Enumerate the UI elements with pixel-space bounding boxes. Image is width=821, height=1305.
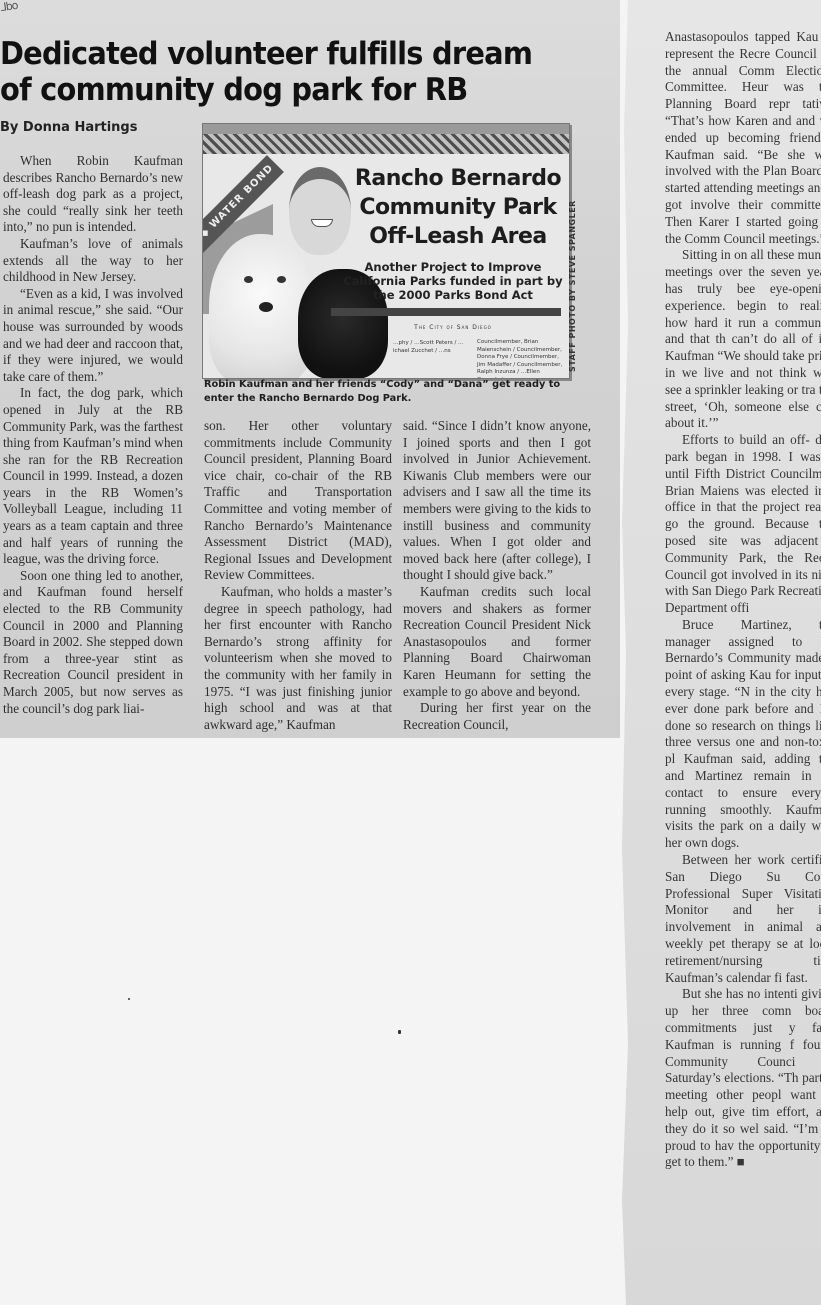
sign-title: Rancho Bernardo Community Park Off-Leash… (353, 164, 563, 251)
paragraph: Anastasopoulos tapped Kau to represent t… (665, 29, 821, 247)
sign-subtitle: Another Project to Improve California Pa… (343, 260, 563, 302)
photo-caption: Robin Kaufman and her friends “Cody” and… (204, 378, 584, 406)
paragraph: Kaufman credits such local movers and sh… (403, 584, 591, 700)
paragraph: Efforts to build an off- dog park began … (665, 432, 821, 617)
sign-councilmembers: Councilmember, Brian Maienschein / Counc… (477, 339, 569, 379)
article-column-1: When Robin Kaufman describes Rancho Bern… (3, 153, 183, 717)
sign-divider (331, 308, 561, 316)
paragraph: Sitting in on all these munity meetings … (665, 247, 821, 432)
paragraph: son. Her other voluntary commitments inc… (204, 418, 392, 584)
paragraph: Kaufman, who holds a master’s degree in … (204, 584, 392, 733)
article-column-3: said. “Since I didn’t know anyone, I joi… (403, 418, 591, 733)
paragraph: said. “Since I didn’t know anyone, I joi… (403, 418, 591, 584)
article-column-4: Anastasopoulos tapped Kau to represent t… (665, 29, 821, 1171)
paragraph: But she has no intenti giving up her thr… (665, 986, 821, 1171)
article-photo: S ◆ WATER BOND Rancho Bernardo Community… (202, 123, 570, 379)
paragraph: Soon one thing led to another, and Kaufm… (3, 568, 183, 717)
continuation-viewport: Anastasopoulos tapped Kau to represent t… (622, 0, 821, 1305)
sign-city: The City of San Diego (378, 324, 528, 331)
paragraph: Kaufman’s love of animals extends all th… (3, 236, 183, 286)
paragraph: When Robin Kaufman describes Rancho Bern… (3, 153, 183, 236)
article-clipping: ᒧbo Dedicated volunteer fulfills dream o… (0, 0, 620, 738)
paragraph: In fact, the dog park, which opened in J… (3, 385, 183, 568)
paper-speck (398, 1030, 401, 1034)
photo-credit: STAFF PHOTO BY STEVE SPANGLER (568, 200, 577, 372)
paper-speck (128, 998, 130, 1000)
handwritten-note: ᒧbo (0, 0, 18, 14)
woman-portrait (289, 167, 351, 255)
paragraph: “Even as a kid, I was involved in animal… (3, 286, 183, 386)
article-headline: Dedicated volunteer fulfills dream of co… (0, 36, 558, 108)
paragraph: During her first year on the Recreation … (403, 700, 591, 733)
byline: By Donna Hartings (0, 120, 137, 135)
article-column-2: son. Her other voluntary commitments inc… (204, 418, 392, 733)
sign-left-names: …phy / …Scott Peters / …ichael Zucchet /… (393, 339, 473, 355)
paragraph: Bruce Martinez, the manager assigned to … (665, 617, 821, 852)
paragraph: Between her work certified San Diego Su … (665, 852, 821, 986)
